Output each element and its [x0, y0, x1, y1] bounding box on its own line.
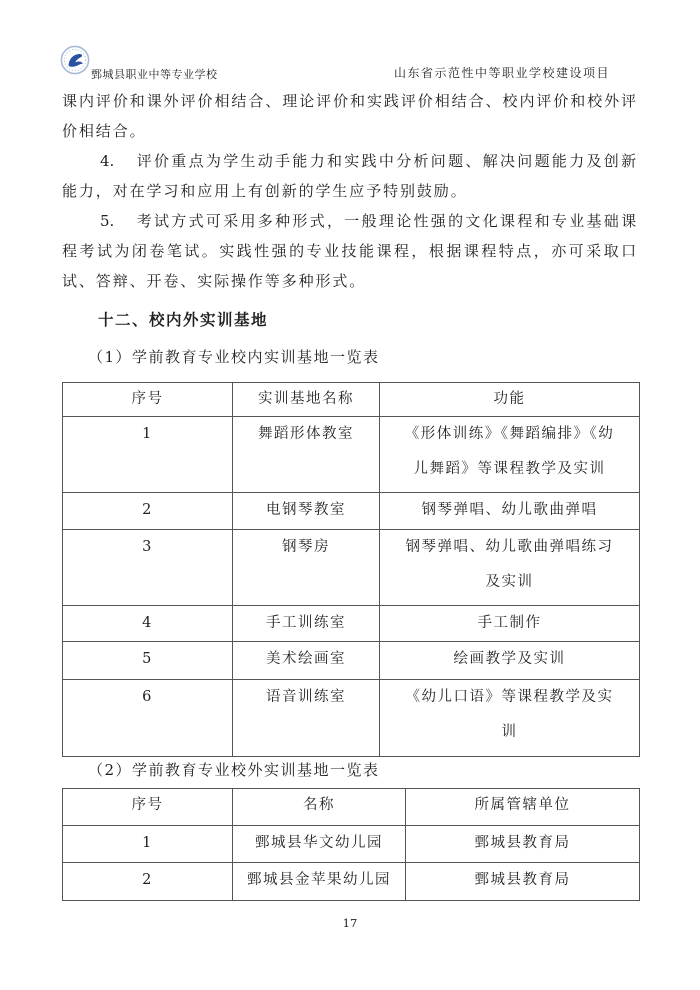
list-number: 4. [100, 152, 114, 170]
table-row: 5 美术绘画室 绘画教学及实训 [63, 642, 640, 680]
table-cell: 1 [63, 417, 233, 493]
table1-caption: （1）学前教育专业校内实训基地一览表 [88, 347, 380, 367]
table-row: 2 电钢琴教室 钢琴弹唱、幼儿歌曲弹唱 [63, 493, 640, 530]
table-cell: 手工制作 [380, 606, 640, 642]
table-row: 6 语音训练室 《幼儿口语》等课程教学及实 训 [63, 680, 640, 757]
header-school-name: 鄄城县职业中等专业学校 [91, 66, 218, 82]
table-row: 4 手工训练室 手工制作 [63, 606, 640, 642]
table-header-cell: 序号 [63, 789, 233, 826]
table-header-cell: 实训基地名称 [233, 383, 380, 417]
table-row: 1 鄄城县华文幼儿园 鄄城县教育局 [63, 826, 640, 863]
table-header-row: 序号 实训基地名称 功能 [63, 383, 640, 417]
table-cell: 5 [63, 642, 233, 680]
paragraph-item-5: 5.考试方式可采用多种形式，一般理论性强的文化课程和专业基础课程考试为闭卷笔试。… [62, 206, 638, 296]
table-cell: 电钢琴教室 [233, 493, 380, 530]
table2-caption: （2）学前教育专业校外实训基地一览表 [88, 760, 380, 780]
table-cell: 1 [63, 826, 233, 863]
table-row: 1 舞蹈形体教室 《形体训练》《舞蹈编排》《幼 儿舞蹈》等课程教学及实训 [63, 417, 640, 493]
header-project-name: 山东省示范性中等职业学校建设项目 [394, 64, 610, 81]
paragraph-continuation: 课内评价和课外评价相结合、理论评价和实践评价相结合、校内评价和校外评价相结合。 [62, 86, 638, 146]
paragraph-item-4: 4.评价重点为学生动手能力和实践中分析问题、解决问题能力及创新能力，对在学习和应… [62, 146, 638, 206]
table-header-cell: 名称 [233, 789, 406, 826]
table-cell: 美术绘画室 [233, 642, 380, 680]
school-logo-icon [60, 45, 90, 75]
table-cell: 6 [63, 680, 233, 757]
table-header-cell: 功能 [380, 383, 640, 417]
table-cell: 鄄城县教育局 [406, 826, 640, 863]
table-cell: 《形体训练》《舞蹈编排》《幼 儿舞蹈》等课程教学及实训 [380, 417, 640, 493]
section-heading: 十二、校内外实训基地 [98, 311, 268, 331]
table-header-cell: 序号 [63, 383, 233, 417]
table-cell: 手工训练室 [233, 606, 380, 642]
table-header-row: 序号 名称 所属管辖单位 [63, 789, 640, 826]
list-number: 5. [100, 212, 114, 230]
document-page: 鄄城县职业中等专业学校 山东省示范性中等职业学校建设项目 课内评价和课外评价相结… [0, 0, 700, 990]
table-row: 3 钢琴房 钢琴弹唱、幼儿歌曲弹唱练习 及实训 [63, 530, 640, 606]
campus-training-bases-table: 序号 实训基地名称 功能 1 舞蹈形体教室 《形体训练》《舞蹈编排》《幼 儿舞蹈… [62, 382, 640, 757]
offcampus-training-bases-table: 序号 名称 所属管辖单位 1 鄄城县华文幼儿园 鄄城县教育局 2 鄄城县金苹果幼… [62, 788, 640, 901]
table-cell: 3 [63, 530, 233, 606]
table-cell: 《幼儿口语》等课程教学及实 训 [380, 680, 640, 757]
table-cell: 2 [63, 493, 233, 530]
table-cell: 鄄城县教育局 [406, 863, 640, 901]
table-cell: 2 [63, 863, 233, 901]
paragraph-text: 评价重点为学生动手能力和实践中分析问题、解决问题能力及创新能力，对在学习和应用上… [62, 152, 638, 200]
table-cell: 钢琴弹唱、幼儿歌曲弹唱 [380, 493, 640, 530]
table-cell: 钢琴房 [233, 530, 380, 606]
table-cell: 绘画教学及实训 [380, 642, 640, 680]
table-cell: 舞蹈形体教室 [233, 417, 380, 493]
table-cell: 鄄城县金苹果幼儿园 [233, 863, 406, 901]
table-cell: 语音训练室 [233, 680, 380, 757]
page-number: 17 [0, 916, 700, 930]
table-cell: 钢琴弹唱、幼儿歌曲弹唱练习 及实训 [380, 530, 640, 606]
paragraph-text: 课内评价和课外评价相结合、理论评价和实践评价相结合、校内评价和校外评价相结合。 [62, 92, 638, 140]
body-paragraphs: 课内评价和课外评价相结合、理论评价和实践评价相结合、校内评价和校外评价相结合。 … [62, 86, 638, 296]
table-cell: 4 [63, 606, 233, 642]
table-cell: 鄄城县华文幼儿园 [233, 826, 406, 863]
paragraph-text: 考试方式可采用多种形式，一般理论性强的文化课程和专业基础课程考试为闭卷笔试。实践… [62, 212, 638, 290]
table-row: 2 鄄城县金苹果幼儿园 鄄城县教育局 [63, 863, 640, 901]
table-header-cell: 所属管辖单位 [406, 789, 640, 826]
